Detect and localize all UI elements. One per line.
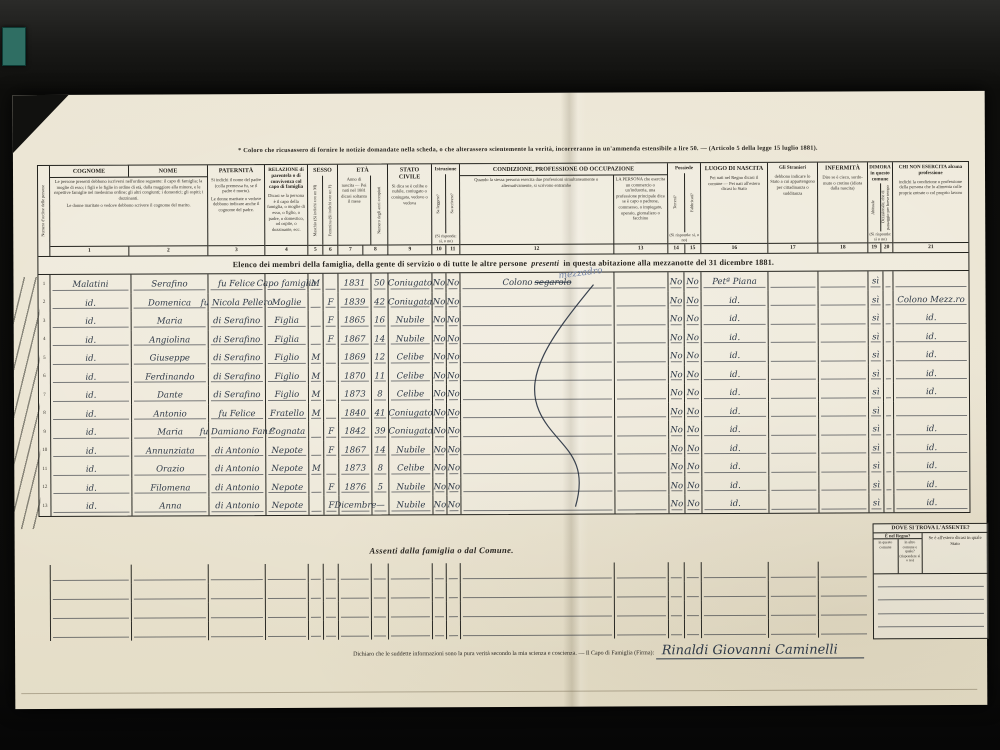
cell-dimora_ab: sì	[869, 419, 884, 438]
cell-legge: No	[433, 458, 447, 477]
cell-sesso_f	[324, 385, 339, 404]
cell-straniero	[769, 438, 819, 457]
cell-alimento: id.	[894, 493, 969, 512]
cell-alimento: id.	[894, 308, 969, 327]
cell-stato: Celibe	[389, 366, 433, 385]
cell-dimora_ab: sì	[869, 290, 884, 309]
cell-dimora_oc	[884, 327, 894, 346]
cell-condizione	[461, 309, 615, 328]
cell-anno: Dicembre	[339, 496, 372, 515]
cell-stato	[389, 582, 433, 601]
column-stato-civile: STATO CIVILE Si dica se è celibe o nubil…	[388, 164, 432, 254]
cell-legge: No	[433, 384, 447, 403]
table-row	[39, 618, 871, 641]
cell-terreni: No	[669, 439, 685, 458]
cell-nome	[132, 583, 209, 602]
cell-anno: 1842	[339, 422, 372, 441]
cell-anno: 1867	[339, 329, 372, 348]
cell-paternita: di Antonio	[209, 441, 266, 460]
cell-sesso_f	[323, 274, 338, 293]
cell-alimento: id.	[894, 474, 969, 493]
cell-sesso_f: F	[324, 292, 339, 311]
cell-nascita: id.	[702, 309, 769, 328]
cell-stato: Nubile	[389, 329, 433, 348]
cell-persona	[615, 402, 669, 421]
cell-fabbricati: No	[685, 291, 702, 310]
index-column-label: Numero d'ordine delle persone	[41, 185, 46, 237]
table-body: mezzadro 1MalatiniSerafinofu FeliceCapo …	[38, 271, 969, 516]
cell-sesso_m: M	[309, 459, 324, 478]
cell-paternita	[209, 602, 266, 621]
cell-condizione	[461, 582, 615, 602]
cell-cognome: id.	[51, 478, 132, 497]
cell-cognome	[51, 565, 132, 584]
cell-cognome: id.	[51, 330, 132, 349]
cell-condizione	[461, 328, 615, 347]
cell-relazione: Figlio	[266, 366, 309, 385]
cell-stato: Coniugato	[388, 273, 432, 292]
cell-dimora_oc	[884, 475, 894, 494]
table-header: Numero d'ordine delle persone COGNOME NO…	[38, 162, 968, 257]
cell-anni: 14	[372, 440, 389, 459]
cell-anni: 41	[372, 403, 389, 422]
cell-cognome: id.	[51, 497, 132, 516]
cell-fabbricati: No	[685, 328, 702, 347]
cell-infermita	[819, 401, 869, 420]
column-stranieri: Gli Stranieri debbono indicare lo Stato …	[768, 163, 818, 253]
cell-nome	[132, 602, 209, 621]
cell-cognome	[51, 603, 132, 622]
cell-anni: 8	[372, 458, 389, 477]
cell-cognome	[51, 584, 132, 603]
cell-dimora_ab: sì	[869, 475, 884, 494]
cell-anno: 1873	[339, 459, 372, 478]
cell-num	[39, 584, 51, 603]
cell-scrive: No	[447, 292, 461, 311]
cell-alimento: id.	[894, 345, 969, 364]
cell-infermita	[819, 290, 869, 309]
cell-dimora_oc	[884, 290, 894, 309]
cell-terreni	[669, 600, 685, 619]
census-table: Numero d'ordine delle persone COGNOME NO…	[37, 161, 971, 517]
cell-terreni	[669, 562, 685, 581]
cell-nascita: id.	[702, 364, 769, 383]
cell-fabbricati: No	[685, 420, 702, 439]
cell-anni: 5	[372, 477, 389, 496]
cell-stato: Nubile	[389, 477, 433, 496]
cell-persona	[615, 476, 669, 495]
cell-dimora_ab: sì	[869, 327, 884, 346]
cell-sesso_m: M	[309, 403, 324, 422]
cell-persona	[615, 494, 669, 513]
cell-anni: 14	[372, 329, 389, 348]
cell-scrive: No	[446, 273, 460, 292]
cell-sesso_m	[309, 422, 324, 441]
cell-terreni: No	[669, 476, 685, 495]
cell-num: 5	[39, 349, 51, 368]
cell-terreni	[669, 619, 685, 638]
cell-stato	[389, 601, 433, 620]
cell-infermita	[819, 419, 869, 438]
cell-paternita: di Serafino	[209, 348, 266, 367]
cell-anni: 8	[372, 384, 389, 403]
cell-straniero	[769, 290, 819, 309]
cell-anno: 1865	[339, 311, 372, 330]
cell-relazione: Nepote	[266, 459, 309, 478]
cell-nascita: id.	[702, 457, 769, 476]
cell-num: 11	[39, 460, 51, 479]
cell-sesso_m	[309, 496, 324, 515]
declaration: Dichiaro che le suddette informazioni so…	[353, 642, 993, 660]
column-relazione: RELAZIONE di parentela o di convivenza c…	[265, 165, 308, 255]
cell-nome: Domenica	[132, 293, 209, 312]
cell-cognome: id.	[51, 367, 132, 386]
cell-persona	[615, 457, 669, 476]
legal-note: * Coloro che ricusassero di fornire le n…	[163, 144, 893, 154]
cell-condizione	[461, 402, 615, 421]
cell-scrive: No	[447, 366, 461, 385]
page-edge-ruled-lines	[13, 277, 40, 529]
cell-anni: —	[372, 495, 389, 514]
cell-straniero	[769, 494, 819, 513]
cell-infermita	[819, 308, 869, 327]
cell-paternita: fu Nicola Pellero	[209, 293, 266, 312]
cell-alimento: id.	[894, 456, 969, 475]
cell-dimora_ab: sì	[868, 271, 883, 290]
cell-legge	[433, 601, 447, 620]
cell-sesso_f	[324, 348, 339, 367]
cell-alimento: id.	[894, 326, 969, 345]
cell-num: 10	[39, 441, 51, 460]
cell-fabbricati: No	[685, 494, 702, 513]
cell-sesso_m: M	[309, 385, 324, 404]
cell-relazione: Figlia	[266, 329, 309, 348]
cell-anno: 1869	[339, 348, 372, 367]
cell-persona	[615, 420, 669, 439]
absent-rows	[39, 561, 871, 641]
cell-stato: Nubile	[389, 310, 433, 329]
cell-legge	[433, 582, 447, 601]
cell-sesso_m	[309, 583, 324, 602]
cell-sesso_m	[309, 440, 324, 459]
cell-scrive	[447, 563, 461, 582]
cell-dimora_oc	[883, 271, 893, 290]
cell-legge: No	[433, 477, 447, 496]
cell-relazione: Nepote	[266, 477, 309, 496]
cell-stato: Coniugata	[389, 421, 433, 440]
cell-anno: 1840	[339, 403, 372, 422]
column-chi-non-esercita: CHI NON ESERCITA alcuna professione indi…	[893, 162, 968, 252]
cell-fabbricati	[685, 562, 702, 581]
cell-terreni: No	[669, 457, 685, 476]
cell-condizione	[461, 457, 615, 476]
cell-nome: Orazio	[132, 459, 209, 478]
cell-straniero	[769, 364, 819, 383]
cell-condizione	[461, 383, 615, 402]
cell-straniero	[769, 346, 819, 365]
cell-sesso_m: M	[308, 274, 323, 293]
cell-fabbricati: No	[685, 457, 702, 476]
cell-persona	[615, 439, 669, 458]
cell-straniero	[769, 562, 819, 581]
cell-nascita: id.	[702, 327, 769, 346]
cell-dimora_oc	[884, 456, 894, 475]
cell-fabbricati	[685, 619, 702, 638]
cell-condizione	[461, 563, 615, 583]
cell-nome: Filomena	[132, 478, 209, 497]
column-luogo-nascita: LUOGO DI NASCITA Pei nati nel Regno dica…	[701, 163, 768, 253]
cell-persona	[614, 272, 668, 291]
cell-straniero	[768, 272, 818, 291]
cell-cognome: id.	[51, 349, 132, 368]
cell-num: 1	[38, 275, 50, 294]
cell-anni	[372, 620, 389, 639]
cell-fabbricati: No	[685, 309, 702, 328]
cell-paternita: di Antonio	[209, 496, 266, 515]
column-eta: ETÀ Anno di nascita — Pei nati nel 1881 …	[338, 164, 388, 254]
cell-dimora_ab: sì	[869, 493, 884, 512]
cell-dimora_ab: sì	[869, 401, 884, 420]
cell-dimora_ab: sì	[869, 456, 884, 475]
cell-num	[39, 622, 51, 641]
cell-stato	[389, 620, 433, 639]
cell-straniero	[769, 327, 819, 346]
cell-nascita: id.	[702, 346, 769, 365]
cell-alimento: id.	[894, 363, 969, 382]
cell-num: 7	[39, 386, 51, 405]
cell-fabbricati: No	[685, 365, 702, 384]
cell-sesso_m	[309, 564, 324, 583]
cell-straniero	[769, 600, 819, 619]
cell-anno	[339, 564, 372, 583]
cell-paternita	[209, 564, 266, 583]
cell-persona	[615, 309, 669, 328]
cell-nome: Maria	[132, 311, 209, 330]
cell-fabbricati	[685, 600, 702, 619]
cell-persona	[615, 600, 669, 619]
column-index: Numero d'ordine delle persone	[38, 166, 50, 256]
cell-relazione: Figlio	[266, 348, 309, 367]
cell-paternita	[209, 621, 266, 640]
cell-sesso_f: F	[324, 477, 339, 496]
cell-stato: Celibe	[389, 347, 433, 366]
cell-num: 3	[39, 312, 51, 331]
column-sesso: SESSO Maschio (Si indichi con un M) Femm…	[308, 165, 338, 255]
cell-infermita	[819, 599, 869, 618]
cell-alimento: id.	[894, 419, 969, 438]
cell-alimento	[893, 271, 968, 290]
cell-dimora_oc	[884, 345, 894, 364]
cell-legge: No	[433, 347, 447, 366]
cell-nome: Giuseppe	[132, 348, 209, 367]
cell-cognome: id.	[51, 460, 132, 479]
cell-nascita: id.	[702, 290, 769, 309]
cell-sesso_f	[324, 366, 339, 385]
cell-dimora_oc	[884, 438, 894, 457]
cell-dimora_oc	[884, 364, 894, 383]
cell-nascita: Petª Piana	[701, 272, 768, 291]
cell-sesso_f	[324, 602, 339, 621]
cell-nome: Anna	[132, 496, 209, 515]
cell-sesso_f: F	[324, 422, 339, 441]
cell-num: 6	[39, 367, 51, 386]
cell-cognome: id.	[51, 423, 132, 442]
cell-infermita	[819, 618, 869, 637]
cell-stato: Celibe	[389, 384, 433, 403]
cell-scrive: No	[447, 403, 461, 422]
cell-persona	[615, 365, 669, 384]
cell-straniero	[769, 457, 819, 476]
census-sheet: * Coloro che ricusassero di fornire le n…	[13, 91, 988, 709]
cell-sesso_f	[324, 621, 339, 640]
cell-dimora_ab: sì	[869, 364, 884, 383]
cell-sesso_m: M	[309, 366, 324, 385]
nome-title: NOME	[128, 165, 207, 176]
cell-anni	[372, 582, 389, 601]
cell-dimora_oc	[884, 419, 894, 438]
cell-paternita: di Serafino	[209, 311, 266, 330]
cell-dimora_ab: sì	[869, 345, 884, 364]
teal-bookmark-tab	[2, 27, 26, 66]
cell-num: 2	[39, 293, 51, 312]
cell-persona	[615, 291, 669, 310]
cell-infermita	[819, 438, 869, 457]
cell-sesso_m: M	[309, 348, 324, 367]
cell-fabbricati: No	[685, 346, 702, 365]
cognome-title: COGNOME	[50, 166, 128, 177]
cell-nome: Annunziata	[132, 441, 209, 460]
cell-paternita	[209, 583, 266, 602]
cell-terreni: No	[669, 365, 685, 384]
cell-infermita	[819, 475, 869, 494]
cell-condizione	[461, 494, 615, 513]
cell-straniero	[769, 401, 819, 420]
cell-anni	[372, 563, 389, 582]
cell-paternita: di Antonio	[209, 478, 266, 497]
cell-scrive: No	[447, 347, 461, 366]
cell-alimento	[894, 400, 969, 419]
cell-straniero	[769, 581, 819, 600]
cell-terreni: No	[669, 494, 685, 513]
cell-nome	[132, 564, 209, 583]
cell-alimento: Colono Mezz.ro	[894, 289, 969, 308]
cell-nascita: id.	[702, 494, 769, 513]
cell-paternita: di Serafino	[209, 367, 266, 386]
column-istruzione: Istruzione Sa leggere? Sa scrivere? (Si …	[432, 164, 460, 254]
cell-terreni: No	[668, 272, 684, 291]
table-row: 13id.Annadi AntonioNepoteFDicembre—Nubil…	[39, 493, 969, 516]
cell-fabbricati: No	[685, 383, 702, 402]
cell-anni: 39	[372, 421, 389, 440]
cell-nome	[132, 621, 209, 640]
cell-terreni: No	[669, 383, 685, 402]
column-cognome-nome: COGNOME NOME Le persone presenti debbono…	[50, 165, 208, 256]
column-infermita: INFERMITÀ Dire se è cieco, sordo-muto o …	[818, 162, 868, 252]
cell-infermita	[819, 382, 869, 401]
cell-cognome	[51, 622, 132, 641]
cell-num: 4	[39, 330, 51, 349]
cell-infermita	[819, 456, 869, 475]
cell-num: 9	[39, 423, 51, 442]
cell-legge: No	[433, 292, 447, 311]
cell-fabbricati: No	[685, 402, 702, 421]
cell-terreni: No	[669, 346, 685, 365]
cell-nome: Serafino	[131, 274, 208, 293]
cognome-nome-desc: Le persone presenti debbono iscriversi n…	[50, 177, 207, 246]
cell-sesso_f: F	[324, 311, 339, 330]
cell-terreni	[669, 581, 685, 600]
second-sheet-edge	[21, 689, 977, 694]
cell-anni: 12	[372, 347, 389, 366]
cell-relazione: Figlia	[266, 311, 309, 330]
cell-anni: 50	[371, 273, 388, 292]
cell-scrive	[447, 620, 461, 639]
cell-sesso_f: F	[324, 329, 339, 348]
absent-location-box: DOVE SI TROVA L'ASSENTE? È nel Regno? in…	[873, 523, 990, 640]
cell-nome: Dante	[132, 385, 209, 404]
cell-anno: 1873	[339, 385, 372, 404]
cell-persona	[615, 383, 669, 402]
cell-anni: 11	[372, 366, 389, 385]
cell-sesso_f	[324, 564, 339, 583]
cell-relazione: Nepote	[266, 496, 309, 515]
cell-infermita	[819, 345, 869, 364]
cell-condizione	[461, 439, 615, 458]
cell-cognome: id.	[51, 312, 132, 331]
cell-num	[39, 565, 51, 584]
cell-paternita: fu Felice	[209, 404, 266, 423]
cell-alimento: id.	[894, 382, 969, 401]
cell-straniero	[769, 309, 819, 328]
cell-relazione	[266, 583, 309, 602]
cell-cognome: Malatini	[50, 275, 131, 294]
cell-anno	[339, 583, 372, 602]
cell-stato: Nubile	[389, 440, 433, 459]
cell-legge	[433, 563, 447, 582]
cell-paternita: fu Damiano Fan.º	[209, 422, 266, 441]
cell-stato: Celibe	[389, 458, 433, 477]
cell-anni	[372, 601, 389, 620]
cell-infermita	[819, 493, 869, 512]
cell-scrive: No	[447, 384, 461, 403]
cell-terreni: No	[669, 309, 685, 328]
cell-relazione: Cognata	[266, 422, 309, 441]
cell-fabbricati	[685, 581, 702, 600]
cell-sesso_m	[309, 621, 324, 640]
cell-dimora_oc	[884, 401, 894, 420]
cell-persona	[615, 581, 669, 600]
cell-condizione	[461, 620, 615, 640]
cell-num: 8	[39, 404, 51, 423]
cell-anni: 16	[372, 310, 389, 329]
cell-legge: No	[433, 403, 447, 422]
cell-anno: 1839	[339, 292, 372, 311]
cell-nascita	[702, 581, 769, 600]
cell-nascita	[702, 619, 769, 638]
cell-relazione	[266, 602, 309, 621]
cell-straniero	[769, 420, 819, 439]
cell-sesso_m	[309, 311, 324, 330]
cell-legge: No	[433, 329, 447, 348]
cell-anno: 1876	[339, 477, 372, 496]
cell-condizione	[461, 291, 615, 310]
cell-legge: No	[433, 495, 447, 514]
cell-relazione	[266, 621, 309, 640]
cell-num: 12	[39, 478, 51, 497]
cell-nome: Angiolina	[132, 330, 209, 349]
cell-dimora_oc	[884, 382, 894, 401]
cell-nascita	[702, 562, 769, 581]
